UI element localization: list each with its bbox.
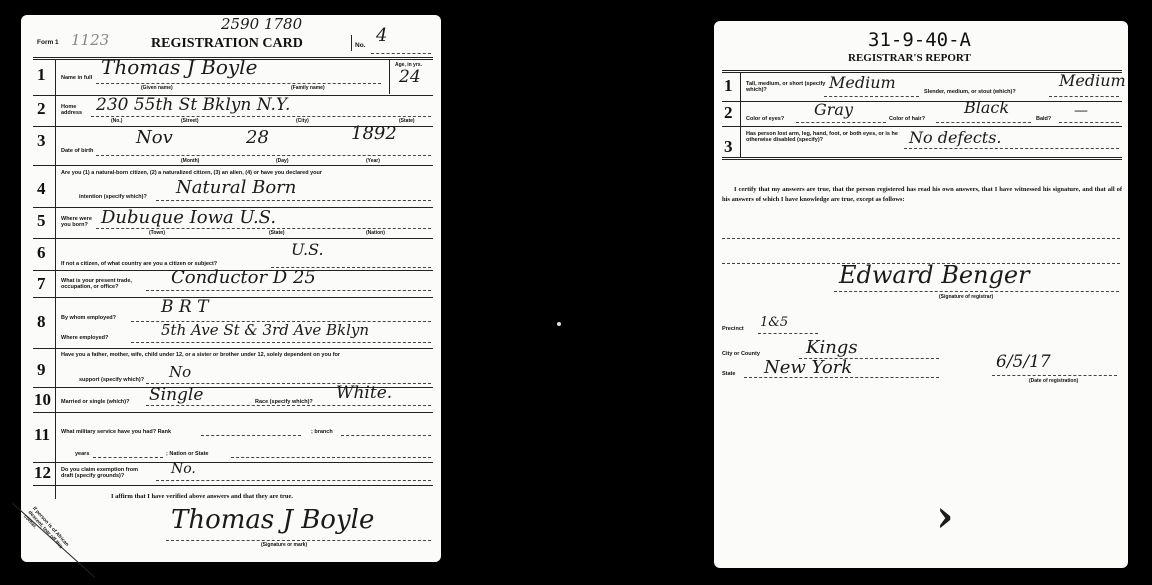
card-title: REGISTRATION CARD: [151, 36, 303, 52]
eye-color-value: Gray: [814, 100, 853, 119]
dob-year: 1892: [351, 123, 397, 144]
home-address-label: Home address: [61, 104, 91, 116]
marital-label: Married or single (which)?: [61, 399, 129, 405]
home-address-value: 230 55th St Bklyn N.Y.: [96, 95, 290, 115]
citizen-of-value: U.S.: [291, 240, 324, 259]
scan-speck: [557, 322, 561, 326]
corner-note: If person is of African descent, tear of…: [22, 506, 76, 563]
dob-label: Date of birth: [61, 148, 93, 154]
build-label: Slender, medium, or stout (which)?: [924, 89, 1016, 95]
citizenship-question: Are you (1) a natural-born citizen, (2) …: [61, 170, 322, 176]
disability-label: Has person lost arm, leg, hand, foot, or…: [746, 131, 906, 143]
build-value: Medium: [1059, 71, 1126, 90]
military-service-label: What military service have you had? Rank: [61, 429, 171, 435]
marital-value: Single: [149, 385, 203, 405]
city-label: City or County: [722, 351, 760, 357]
registrars-report-card: 31-9-40-A REGISTRAR'S REPORT 1 Tall, med…: [714, 21, 1128, 568]
hair-color-value: Black: [964, 98, 1009, 117]
stray-pen-mark: ›: [936, 491, 954, 542]
exemption-value: No.: [171, 461, 196, 477]
occupation-label: What is your present trade, occupation, …: [61, 278, 141, 290]
state-value: New York: [764, 357, 852, 378]
form-number: 1123: [71, 31, 109, 49]
certification-text: I certify that my answers are true, that…: [722, 185, 1122, 205]
height-label: Tall, medium, or short (specify which)?: [746, 81, 826, 93]
precinct-value: 1&5: [760, 315, 788, 330]
dob-day: 28: [246, 127, 269, 148]
dependents-question: Have you a father, mother, wife, child u…: [61, 352, 340, 358]
employer-label: By whom employed?: [61, 315, 116, 321]
registration-card: Form 1 1123 2590 1780 REGISTRATION CARD …: [21, 15, 441, 562]
birthplace-value: Dubuque Iowa U.S.: [101, 207, 276, 228]
bald-label: Bald?: [1036, 116, 1051, 122]
dependents-value: No: [169, 363, 191, 381]
state-label: State: [722, 371, 735, 377]
employed-where-label: Where employed?: [61, 335, 108, 341]
citizenship-value: Natural Born: [176, 177, 296, 198]
eye-color-label: Color of eyes?: [746, 116, 784, 122]
report-title: REGISTRAR'S REPORT: [848, 52, 971, 64]
exemption-label: Do you claim exemption from draft (speci…: [61, 467, 151, 479]
serial-number: 31-9-40-A: [868, 29, 971, 51]
employed-where-value: 5th Ave St & 3rd Ave Bklyn: [161, 321, 369, 339]
birthplace-label: Where were you born?: [61, 216, 97, 228]
city-value: Kings: [806, 337, 858, 358]
height-value: Medium: [829, 73, 896, 92]
form-label: Form 1: [37, 39, 59, 46]
name-label: Name in full: [61, 75, 92, 81]
row-number: 1: [37, 65, 46, 85]
registration-date: 6/5/17: [996, 352, 1051, 372]
dob-month: Nov: [136, 127, 173, 148]
age-value: 24: [399, 67, 421, 87]
occupation-value: Conductor D 25: [171, 267, 316, 288]
precinct-label: Precinct: [722, 326, 744, 332]
hair-color-label: Color of hair?: [889, 116, 925, 122]
registrar-signature: Edward Benger: [839, 261, 1030, 289]
top-numbers: 2590 1780: [221, 15, 302, 33]
race-value: White.: [336, 383, 392, 403]
name-value: Thomas J Boyle: [101, 55, 257, 79]
employer-value: B R T: [161, 297, 208, 317]
no-label: No.: [355, 42, 365, 49]
affirmation-text: I affirm that I have verified above answ…: [111, 493, 293, 500]
disability-value: No defects.: [909, 128, 1002, 147]
bald-value: —: [1074, 103, 1088, 119]
card-number: 4: [376, 25, 387, 46]
registrant-signature: Thomas J Boyle: [171, 505, 374, 535]
